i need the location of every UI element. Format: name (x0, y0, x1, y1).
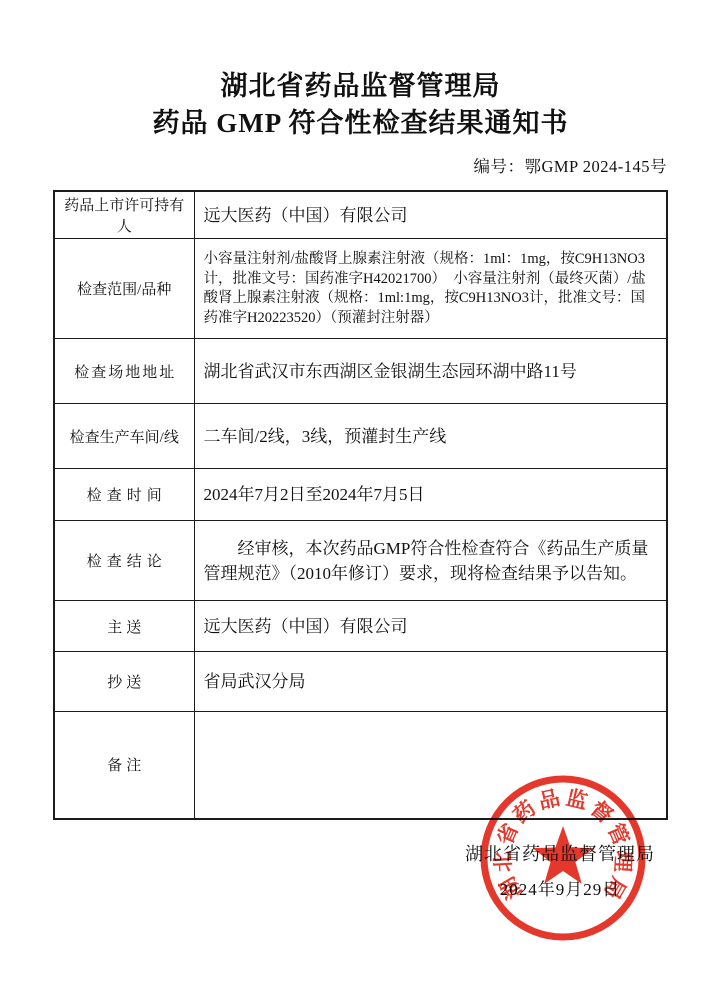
gmp-notice-document: { "header": { "title_line1": "湖北省药品监督管理局… (0, 0, 721, 994)
svg-text:北: 北 (491, 850, 516, 872)
table-row-cc: 抄送 省局武汉分局 (54, 652, 667, 712)
row-value-holder: 远大医药（中国）有限公司 (194, 191, 667, 239)
row-value-conclusion: 经审核，本次药品GMP符合性检查符合《药品生产质量管理规范》（2010年修订）要… (194, 521, 667, 601)
seal-star-icon (533, 826, 594, 884)
svg-text:湖: 湖 (495, 873, 526, 903)
row-label-main-recipient: 主送 (54, 601, 194, 652)
row-value-workshop-line: 二车间/2线，3线，预灌封生产线 (194, 404, 667, 469)
table-row-inspection-time: 检查时间 2024年7月2日至2024年7月5日 (54, 469, 667, 521)
svg-text:局: 局 (599, 873, 630, 903)
svg-text:监: 监 (564, 786, 590, 814)
table-row-workshop-line: 检查生产车间/线 二车间/2线，3线，预灌封生产线 (54, 404, 667, 469)
row-value-cc: 省局武汉分局 (194, 652, 667, 712)
row-label-scope: 检查范围/品种 (54, 239, 194, 339)
row-label-conclusion: 检查结论 (54, 521, 194, 601)
row-value-site-address: 湖北省武汉市东西湖区金银湖生态园环湖中路11号 (194, 339, 667, 404)
row-label-site-address: 检查场地地址 (54, 339, 194, 404)
doc-title-line2: 药品 GMP 符合性检查结果通知书 (0, 101, 721, 140)
svg-text:理: 理 (610, 850, 635, 873)
table-row-scope: 检查范围/品种 小容量注射剂/盐酸肾上腺素注射液（规格：1ml：1mg，按C9H… (54, 239, 667, 339)
row-label-remarks: 备注 (54, 712, 194, 819)
table-row-main-recipient: 主送 远大医药（中国）有限公司 (54, 601, 667, 652)
official-seal: 湖北省药品监督管理局 (477, 769, 649, 947)
row-label-workshop-line: 检查生产车间/线 (54, 404, 194, 469)
row-label-cc: 抄送 (54, 652, 194, 712)
table-row-site-address: 检查场地地址 湖北省武汉市东西湖区金银湖生态园环湖中路11号 (54, 339, 667, 404)
row-value-scope: 小容量注射剂/盐酸肾上腺素注射液（规格：1ml：1mg，按C9H13NO3计，批… (194, 239, 667, 339)
inspection-table: 药品上市许可持有人 远大医药（中国）有限公司 检查范围/品种 小容量注射剂/盐酸… (53, 190, 668, 820)
row-value-main-recipient: 远大医药（中国）有限公司 (194, 601, 667, 652)
svg-text:品: 品 (536, 786, 562, 814)
row-value-inspection-time: 2024年7月2日至2024年7月5日 (194, 469, 667, 521)
conclusion-paragraph: 经审核，本次药品GMP符合性检查符合《药品生产质量管理规范》（2010年修订）要… (204, 536, 659, 586)
svg-text:管: 管 (603, 820, 633, 849)
row-label-holder: 药品上市许可持有人 (54, 191, 194, 239)
svg-text:省: 省 (493, 820, 523, 849)
doc-title-line1: 湖北省药品监督管理局 (0, 64, 721, 103)
table-row-holder: 药品上市许可持有人 远大医药（中国）有限公司 (54, 191, 667, 239)
row-label-inspection-time: 检查时间 (54, 469, 194, 521)
doc-number: 编号：鄂GMP 2024-145号 (473, 153, 667, 177)
table-row-conclusion: 检查结论 经审核，本次药品GMP符合性检查符合《药品生产质量管理规范》（2010… (54, 521, 667, 601)
